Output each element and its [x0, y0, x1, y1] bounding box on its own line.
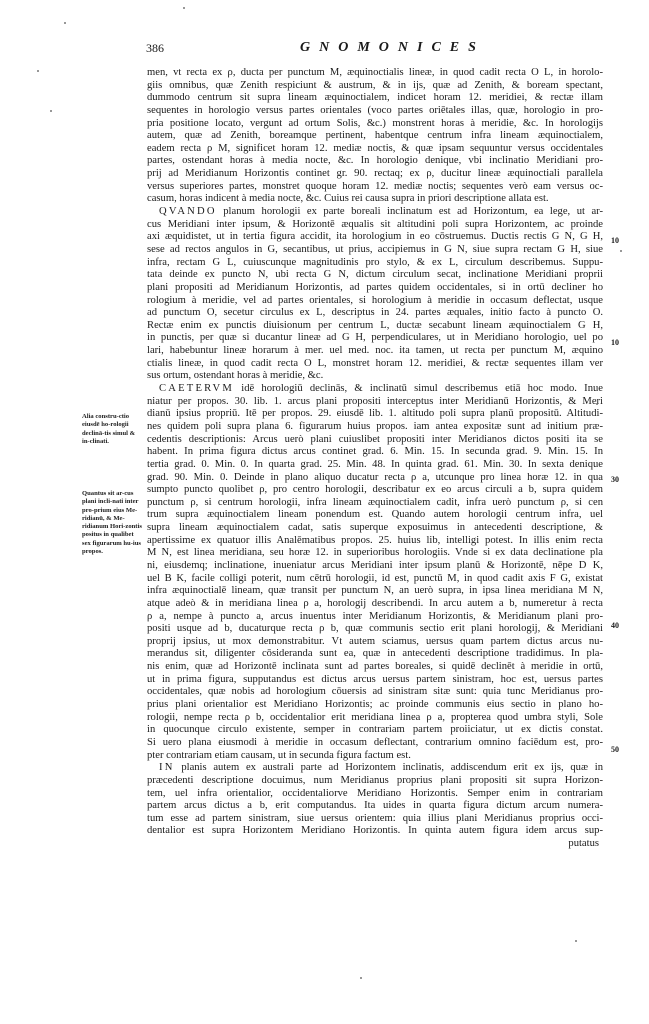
side-note: Alia constru-ctio eiusdē ho-rologii decl… [82, 413, 144, 446]
text-line: infra, rectam G L, cuiuscunque magnitudi… [147, 257, 603, 270]
text-line: nis enim, quæ ad Horizontē inclinata sun… [147, 661, 603, 674]
margin-line-number: 40 [611, 621, 619, 630]
text-line: ad punctum O, secetur circulus ex L, des… [147, 307, 603, 320]
text-line: rologium à meridie, vel ad partes orient… [147, 295, 603, 308]
side-note: Quantus sit ar-cus plani incli-nati inte… [82, 490, 144, 556]
text-line: trum supra æquinoctialem lineam ponendum… [147, 509, 603, 522]
margin-line-number: 30 [611, 475, 619, 484]
text-line: uel B K, facile colligi poterit, num cēt… [147, 573, 603, 586]
text-line: ρ a, nempe à puncto a, arcus inuentus in… [147, 611, 603, 624]
paragraph-initial-caps: QVANDO [159, 206, 217, 217]
scan-speck [64, 22, 66, 24]
scan-speck [183, 7, 185, 9]
page-number: 386 [146, 41, 164, 56]
text-line: autem, quæ ad Zenith, boreamque pertinen… [147, 130, 603, 143]
text-line: prij ad Meridianum Horizontis continet g… [147, 168, 603, 181]
text-line: positi usque ad b, ducaturque recta ρ b,… [147, 623, 603, 636]
text-line: in punctis, per quæ si ducantur lineæ ad… [147, 332, 603, 345]
text-line: nes quidem poli supra plana 6. figurarum… [147, 421, 603, 434]
catchword: putatus [147, 838, 603, 851]
text-line: lari, habebuntur lineæ horarum à mer. ue… [147, 345, 603, 358]
text-line: tem, uel infra orientalior, occidentalio… [147, 788, 603, 801]
text-line: versus superiores partes, monstret quoqu… [147, 181, 603, 194]
text-line: sus ortum, ostendant horas à meridie, &c… [147, 370, 603, 383]
text-line: supra lineam æquinoctialem cadat, satis … [147, 522, 603, 535]
margin-line-number: 10 [611, 236, 619, 245]
text-line: dummodo centrum sit supra lineam æquinoc… [147, 92, 603, 105]
text-line: sequentes in horologio versus partes ori… [147, 105, 603, 118]
text-line: partes, ostendant horas à media nocte, &… [147, 155, 603, 168]
text-line: ctialis lineæ, in quod cadit recta O L, … [147, 358, 603, 371]
text-line: Si uero plana eiusmodi à meridie in occa… [147, 737, 603, 750]
text-line: grad. 90. Min. 0. Deinde in plano aliquo… [147, 472, 603, 485]
text-line: apertissime ex quatuor illis Analēmatibu… [147, 535, 603, 548]
text-line: tertia grad. 0. Min. 0. In quarta grad. … [147, 459, 603, 472]
text-line: ut in prima figura, supputandus est dict… [147, 674, 603, 687]
running-title: GNOMONICES [300, 40, 485, 56]
text-line: prius plani orientalior est Meridiano Ho… [147, 699, 603, 712]
text-line: tata deinde ex puncto N, ubi recta G N, … [147, 269, 603, 282]
text-line: ni, eiusdemq; inclinatione, inueniatur a… [147, 560, 603, 573]
text-line: occidentales, quæ nobis ad horologium cō… [147, 686, 603, 699]
text-line: cus Meridiani inter ipsum, & Horizontē æ… [147, 219, 603, 232]
text-line: IN planis autem ex australi parte ad Hor… [147, 762, 603, 775]
text-line: eadem recta ρ M, significet horam 12. me… [147, 143, 603, 156]
scan-speck [620, 250, 622, 252]
text-line: cedentis descriptionis: Arcus uerò plani… [147, 434, 603, 447]
text-line: proprij ipsius, ut mox demonstrabitur. V… [147, 636, 603, 649]
paragraph-initial-caps: IN [159, 762, 175, 773]
text-line: præcedenti descriptione docuimus, num Me… [147, 775, 603, 788]
text-line: M N, est linea meridiana, seu horæ 12. i… [147, 547, 603, 560]
text-line: men, vt recta ex ρ, ducta per punctum M,… [147, 67, 603, 80]
scan-speck [575, 940, 577, 942]
text-line: pria positione locato, vergunt ad ortum … [147, 118, 603, 131]
text-line: habent. In prima figura dictus arcus con… [147, 446, 603, 459]
text-line: sumpto puncto quolibet ρ, pro centro hor… [147, 484, 603, 497]
text-line: QVANDO planum horologii ex parte boreali… [147, 206, 603, 219]
text-line: atque adeò & in meridiana linea ρ a, hor… [147, 598, 603, 611]
text-line: partem arcus dictus a b, erit computandu… [147, 800, 603, 813]
scan-speck [50, 110, 52, 112]
scan-speck [596, 403, 598, 405]
margin-line-number: 10 [611, 338, 619, 347]
paragraph-initial-caps: CAETERVM [159, 383, 234, 394]
margin-line-number: 50 [611, 745, 619, 754]
text-line: niatur per propos. 30. lib. 1. arcus pla… [147, 396, 603, 409]
text-line: giis omnibus, quæ Zenith respiciunt & au… [147, 80, 603, 93]
book-page: 386 GNOMONICES men, vt recta ex ρ, ducta… [0, 0, 649, 1024]
text-line: Rectæ enim ex punctis diuisionum per cen… [147, 320, 603, 333]
scan-speck [360, 977, 362, 979]
text-line: casum, horas indicent à media nocte, &c.… [147, 193, 603, 206]
text-line: rologii, nempe recta ρ b, occidentalior … [147, 712, 603, 725]
scan-speck [37, 70, 39, 72]
text-line: pter contrariam etiam causam, ut in secu… [147, 750, 603, 763]
text-line: infra æquinoctialē lineam, quæ transit p… [147, 585, 603, 598]
text-line: CAETERVM idē horologiū declinās, & incli… [147, 383, 603, 396]
text-line: in quocunque circulo existente, semper i… [147, 724, 603, 737]
text-line: tum esse ad partem sinistram, siue uersu… [147, 813, 603, 826]
text-line: dentalior est supra Horizontem Meridiano… [147, 825, 603, 838]
text-line: punctum ρ, si centrum horologii, infra l… [147, 497, 603, 510]
text-line: dianū ipsius propriū. Itē per propos. 29… [147, 408, 603, 421]
text-line: axi æquidistet, ut in tertia figura acci… [147, 231, 603, 244]
text-line: plani propositi ad Meridianum Horizontis… [147, 282, 603, 295]
body-text: men, vt recta ex ρ, ducta per punctum M,… [147, 67, 603, 851]
text-line: merandus sit, diligenter cōsideranda sun… [147, 648, 603, 661]
text-line: sese ad rectos angulos in G, secantibus,… [147, 244, 603, 257]
